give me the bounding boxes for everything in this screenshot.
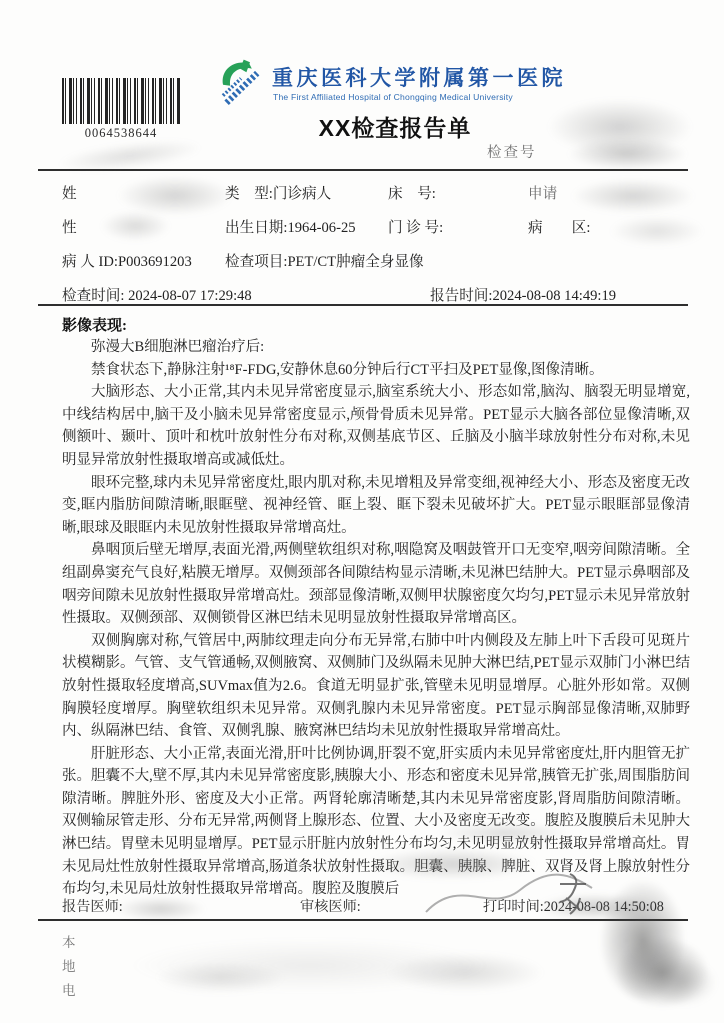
- ward-label: 病 区:: [528, 216, 590, 237]
- barcode-number: 0064538644: [62, 126, 180, 141]
- patient-name-label: 姓: [62, 182, 77, 203]
- smudge-mark: [635, 950, 724, 1015]
- hospital-name: 重庆医科大学附属第一医院: [272, 62, 566, 92]
- bed-number-label: 床 号:: [388, 182, 436, 203]
- divider-patient-info: [38, 304, 688, 306]
- report-title: XX检查报告单: [250, 110, 540, 143]
- findings-body: 弥漫大B细胞淋巴瘤治疗后: 禁食状态下,静脉注射¹⁸F-FDG,安静休息60分钟…: [62, 336, 690, 896]
- divider-top: [38, 169, 688, 171]
- findings-paragraph: 大脑形态、大小正常,其内未见异常密度显示,脑室系统大小、形态如常,脑沟、脑裂无明…: [62, 381, 690, 471]
- findings-paragraph: 禁食状态下,静脉注射¹⁸F-FDG,安静休息60分钟后行CT平扫及PET显像,图…: [62, 359, 690, 382]
- findings-paragraph: 双侧胸廓对称,气管居中,两肺纹理走向分布无异常,右肺中叶内侧段及左肺上叶下舌段可…: [62, 630, 690, 743]
- smudge-mark: [130, 955, 310, 1000]
- report-doctor-label: 报告医师:: [62, 896, 123, 916]
- exam-time: 检查时间: 2024-08-07 17:29:48: [62, 284, 252, 305]
- report-page: 0064538644 重庆医科大学附属第一医院 The First Affili…: [0, 0, 724, 1023]
- divider-footer: [38, 919, 688, 921]
- hospital-logo-icon: [214, 56, 268, 110]
- footer-note-line-1: 本: [62, 931, 76, 951]
- smudge-mark: [60, 928, 560, 1003]
- report-time: 报告时间:2024-08-08 14:49:19: [430, 284, 616, 305]
- apply-label: 申请: [528, 182, 557, 203]
- reviewer-signature: [420, 868, 620, 924]
- exam-number-label: 检查号: [487, 141, 537, 162]
- smudge-mark: [548, 172, 718, 220]
- findings-paragraph: 弥漫大B细胞淋巴瘤治疗后:: [62, 336, 690, 359]
- patient-id: 病 人 ID:P003691203: [62, 250, 192, 271]
- barcode: [62, 78, 180, 124]
- findings-section-title: 影像表现:: [62, 314, 127, 335]
- gender-label: 性: [62, 216, 77, 237]
- birth-date: 出生日期:1964-06-25: [225, 216, 356, 237]
- footer-note-line-3: 电: [62, 979, 76, 999]
- smudge-mark: [592, 210, 722, 252]
- smudge-mark: [600, 925, 724, 1020]
- hospital-name-english: The First Affiliated Hospital of Chongqi…: [273, 92, 513, 102]
- smudge-mark: [355, 945, 575, 1000]
- smudge-mark: [88, 205, 183, 247]
- patient-type: 类 型:门诊病人: [225, 182, 331, 203]
- review-doctor-label: 审核医师:: [300, 896, 361, 916]
- smudge-mark: [520, 88, 720, 166]
- outpatient-number-label: 门 诊 号:: [388, 216, 443, 237]
- findings-paragraph: 鼻咽顶后壁无增厚,表面光滑,两侧壁软组织对称,咽隐窝及咽鼓管开口无变窄,咽旁间隙…: [62, 539, 690, 629]
- footer-note-line-2: 地: [62, 955, 76, 975]
- exam-item: 检查项目:PET/CT肿瘤全身显像: [225, 250, 424, 271]
- findings-paragraph: 眼环完整,球内未见异常密度灶,眼内肌对称,未见增粗及异常变细,视神经大小、形态及…: [62, 472, 690, 540]
